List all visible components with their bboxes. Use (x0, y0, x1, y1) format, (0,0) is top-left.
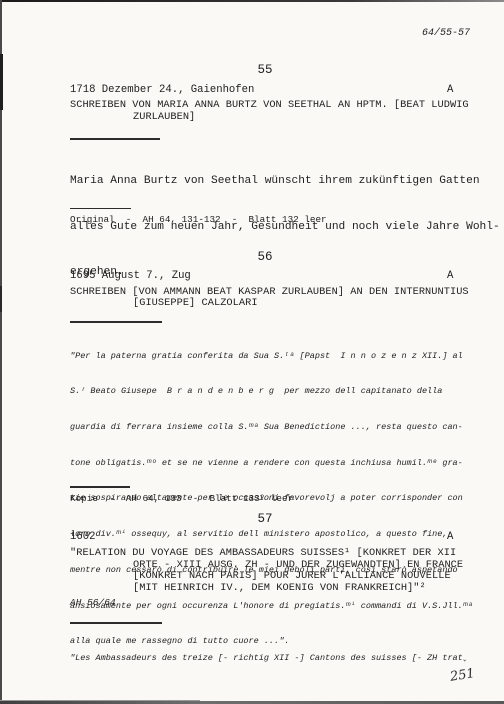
entry-title-line: ZURLAUBEN] (133, 112, 195, 124)
entry-number: 55 (70, 63, 460, 77)
scanned-document-page: 64/55-57 55 1718 Dezember 24., Gaienhofe… (0, 0, 504, 704)
scan-artifact (0, 54, 3, 110)
entry-dateline: 1695 August 7., Zug (70, 270, 191, 282)
summary-line: Maria Anna Burtz von Seethal wünscht ihr… (70, 175, 500, 195)
handwritten-page-number: ˇ 251 (449, 666, 476, 685)
entry-series-marker: A (447, 531, 453, 543)
entry-dateline: 1718 Dezember 24., Gaienhofen (70, 84, 254, 96)
archive-reference-header: 64/55-57 (422, 28, 470, 40)
entry-number: 57 (70, 512, 460, 526)
entry-series-marker: A (447, 270, 453, 282)
quote-line: "Les Ambassadeurs des treize [- richtig … (70, 654, 463, 670)
entry-archive-reference: AH 56/64 (70, 598, 116, 609)
entry-source-line: Original - AH 64, 131-132 - Blatt 132 le… (70, 215, 327, 226)
entry-number: 56 (70, 250, 460, 264)
scan-artifact (0, 286, 2, 312)
entry-source-line: Kopie - AH 64, 133 - Blatt 133ᵛ leer (70, 494, 293, 505)
quote-line: S.ʳ Beato Giusepe B r a n d e n b e r g … (70, 387, 473, 403)
entry-series-marker: A (447, 84, 453, 96)
scan-edge-top (0, 0, 504, 2)
quote-line: guardia di ferrara insieme colla S.ᵐᵃ Su… (70, 423, 473, 439)
divider-rule (70, 321, 162, 323)
quote-line: "Per la paterna gratia conferita da Sua … (70, 352, 473, 368)
divider-rule (70, 486, 130, 488)
entry-quotation: "Les Ambassadeurs des treize [- richtig … (70, 634, 463, 689)
quote-line: ansiosamente per ogni occurenza L'honore… (70, 602, 473, 618)
quote-line: loro div.ᵐⁱ ossequy, al servitio dell mi… (70, 530, 473, 546)
divider-rule (70, 622, 162, 624)
quote-line: tone obligatis.ᵐᵒ et se ne vienne a rend… (70, 459, 473, 475)
scan-artifact (0, 700, 200, 701)
divider-rule (70, 138, 160, 140)
entry-title-line: SCHREIBEN [VON AMMANN BEAT KASPAR ZURLAU… (70, 287, 469, 299)
entry-dateline: 1602 (70, 531, 95, 543)
entry-title-line: [GIUSEPPE] CALZOLARI (133, 298, 258, 310)
entry-title-line: SCHREIBEN VON MARIA ANNA BURTZ VON SEETH… (70, 100, 469, 112)
handwritten-tick-mark: ˇ (461, 660, 466, 670)
divider-rule (70, 208, 131, 210)
entry-title-line: [MIT HEINRICH IV., DEM KOENIG VON FRANKR… (133, 583, 426, 595)
